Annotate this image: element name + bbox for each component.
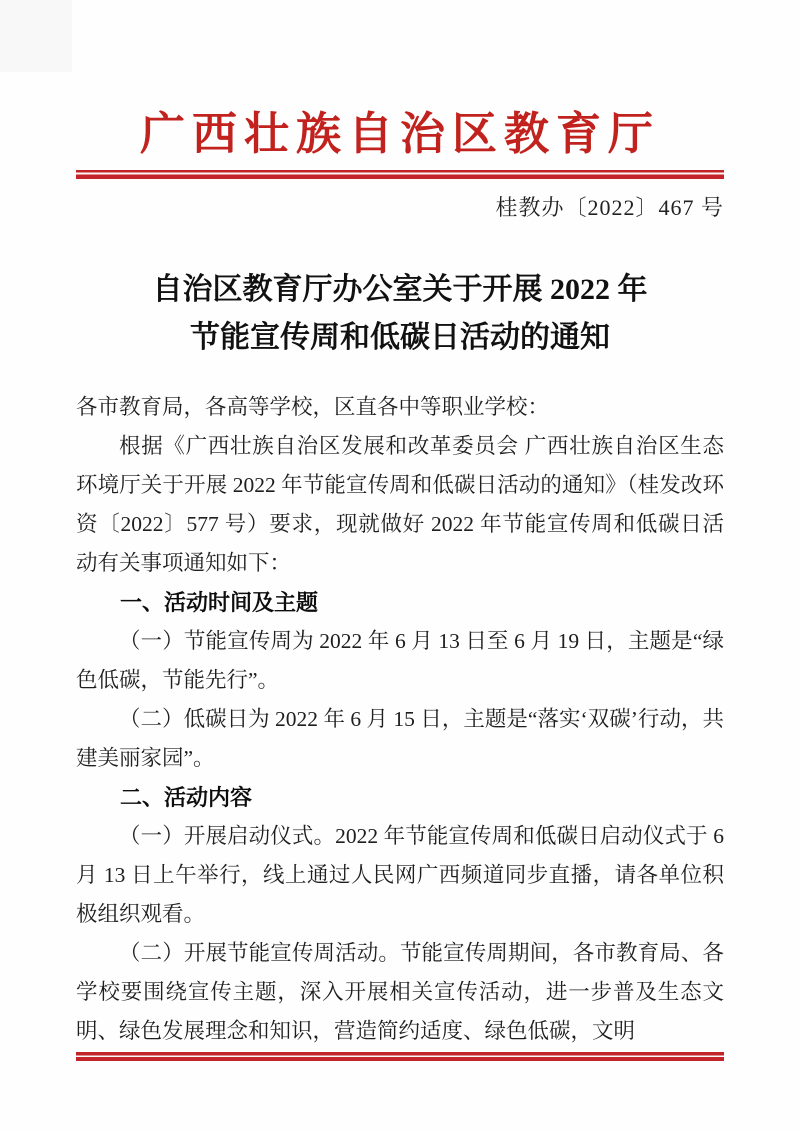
document-body: 各市教育局，各高等学校，区直各中等职业学校： 根据《广西壮族自治区发展和改革委员… [76, 388, 724, 1051]
letterhead-rule [76, 170, 724, 179]
document-title: 自治区教育厅办公室关于开展 2022 年 节能宣传周和低碳日活动的通知 [76, 266, 724, 362]
paragraph-lowcarbon-day: （二）低碳日为 2022 年 6 月 15 日，主题是“落实‘双碳’行动，共建美… [76, 700, 724, 778]
doc-number: 桂教办〔2022〕467 号 [76, 194, 724, 222]
paragraph-launch-ceremony: （一）开展启动仪式。2022 年节能宣传周和低碳日启动仪式于 6 月 13 日上… [76, 817, 724, 934]
salutation: 各市教育局，各高等学校，区直各中等职业学校： [76, 388, 724, 427]
letterhead-org-name: 广西壮族自治区教育厅 [76, 0, 724, 162]
section-heading-1: 一、活动时间及主题 [76, 583, 724, 622]
paragraph-week-dates: （一）节能宣传周为 2022 年 6 月 13 日至 6 月 19 日，主题是“… [76, 622, 724, 700]
footer-rule [76, 1052, 724, 1061]
section-heading-2: 二、活动内容 [76, 778, 724, 817]
scan-artifact [0, 0, 72, 72]
paragraph-week-activities: （二）开展节能宣传周活动。节能宣传周期间，各市教育局、各学校要围绕宣传主题，深入… [76, 934, 724, 1051]
document-title-line1: 自治区教育厅办公室关于开展 2022 年 [76, 266, 724, 314]
document-page: 广西壮族自治区教育厅 桂教办〔2022〕467 号 自治区教育厅办公室关于开展 … [0, 0, 800, 1131]
paragraph-basis: 根据《广西壮族自治区发展和改革委员会 广西壮族自治区生态环境厅关于开展 2022… [76, 427, 724, 583]
document-content: 广西壮族自治区教育厅 桂教办〔2022〕467 号 自治区教育厅办公室关于开展 … [76, 0, 724, 1051]
document-title-line2: 节能宣传周和低碳日活动的通知 [76, 314, 724, 362]
